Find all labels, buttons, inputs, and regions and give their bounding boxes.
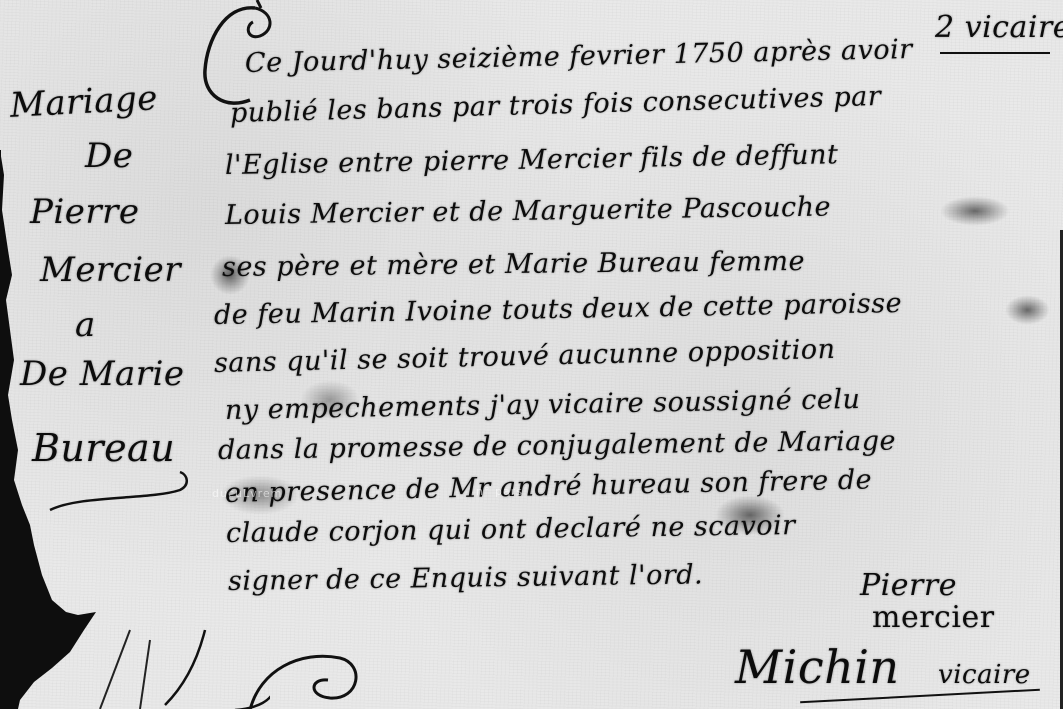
closing-flourish-icon (240, 640, 380, 709)
margin-word: Bureau (32, 426, 175, 470)
body-line: claude corjon qui ont declaré ne scavoir (226, 510, 796, 549)
signature-groom-first: Pierre (860, 568, 957, 603)
body-line: ny empechements j'ay vicaire soussigné c… (225, 384, 861, 426)
signature-groom-last: mercier (872, 600, 995, 635)
margin-word: De (85, 136, 133, 176)
margin-word: Mercier (40, 250, 181, 290)
corner-underline (940, 52, 1050, 54)
margin-word: Pierre (30, 192, 140, 232)
signature-officiant-title: vicaire (938, 660, 1031, 690)
body-line: Louis Mercier et de Marguerite Pascouche (225, 192, 831, 231)
body-line: dans la promesse de conjugalement de Mar… (218, 426, 896, 466)
margin-word: Mariage (9, 78, 159, 126)
body-line: publié les bans par trois fois consecuti… (230, 81, 882, 129)
margin-word: De Marie (20, 354, 185, 394)
document-scan: 2 vicaire Mariage De Pierre Mercier a De… (0, 0, 1063, 709)
margin-word: a (75, 305, 96, 345)
body-line: de feu Marin Ivoine touts deux de cette … (214, 288, 903, 331)
body-line: en presence de Mr andré hureau son frere… (225, 464, 873, 509)
body-line: l'Eglise entre pierre Mercier fils de de… (225, 139, 839, 181)
margin-stroke-icon (70, 600, 270, 709)
body-line: ses père et mère et Marie Bureau femme (222, 246, 805, 283)
watermark-right: n° pars (476, 485, 523, 498)
signature-officiant: Michin (735, 640, 900, 694)
ink-blot (940, 196, 1010, 226)
margin-bracket-icon (40, 470, 200, 540)
body-line: Ce Jourd'huy seizième fevrier 1750 après… (245, 34, 913, 79)
watermark-left: ducuLvrem (212, 487, 282, 500)
body-line: signer de ce Enquis suivant l'ord. (228, 559, 704, 597)
body-line: sans qu'il se soit trouvé aucunne opposi… (214, 334, 836, 379)
corner-note-vicaire: 2 vicaire (935, 10, 1063, 45)
ink-blot (1005, 295, 1050, 325)
